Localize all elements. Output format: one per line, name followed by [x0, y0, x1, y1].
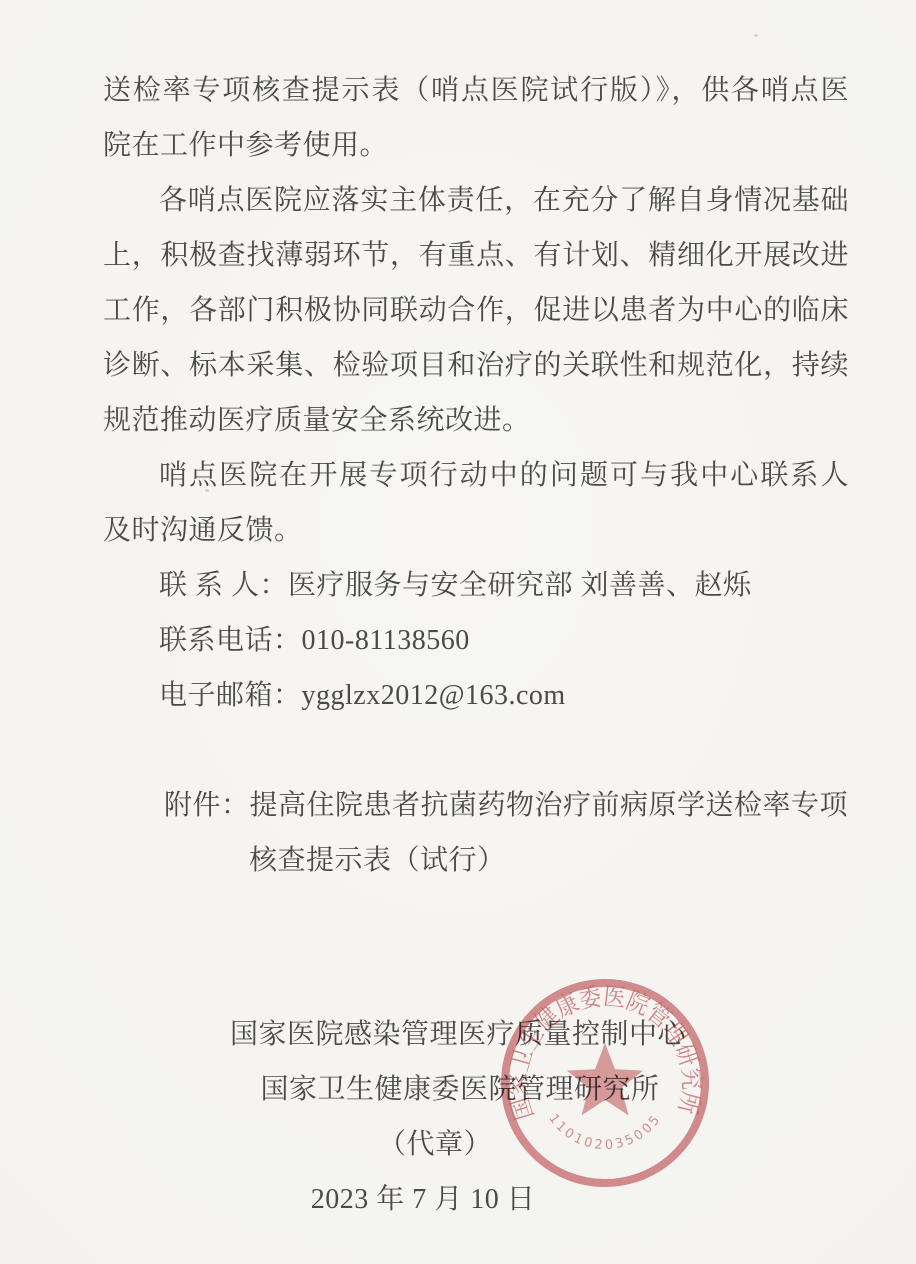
document-page: 送检率专项核查提示表（哨点医院试行版）》，供各哨点医 院在工作中参考使用。 各哨…	[0, 0, 916, 1264]
body-line: 各哨点医院应落实主体责任，在充分了解自身情况基础	[103, 173, 849, 228]
official-seal: 国家卫生健康委医院管理研究所 1101020350059	[495, 968, 717, 1190]
body-line: 哨点医院在开展专项行动中的问题可与我中心联系人	[103, 448, 849, 503]
contact-person-line: 联 系 人：医疗服务与安全研究部 刘善善、赵烁	[103, 558, 849, 613]
signature-block: 国家医院感染管理医疗质量控制中心 国家卫生健康委医院管理研究所 （代章） 202…	[0, 1007, 916, 1227]
attachment-line-1: 附件：提高住院患者抗菌药物治疗前病原学送检率专项	[103, 778, 849, 833]
body-line: 工作，各部门积极协同联动合作，促进以患者为中心的临床	[103, 283, 849, 338]
scan-speck	[205, 489, 209, 492]
body-line: 院在工作中参考使用。	[103, 118, 849, 173]
body-line: 及时沟通反馈。	[103, 503, 849, 558]
body-line: 上，积极查找薄弱环节，有重点、有计划、精细化开展改进	[103, 228, 849, 283]
attachment-line-2: 核查提示表（试行）	[103, 833, 849, 888]
scan-speck	[754, 34, 758, 37]
body-line: 送检率专项核查提示表（哨点医院试行版）》，供各哨点医	[103, 63, 849, 118]
blank-line	[103, 723, 849, 778]
contact-phone-line: 联系电话：010-81138560	[103, 613, 849, 668]
contact-email-line: 电子邮箱：ygglzx2012@163.com	[103, 668, 849, 723]
star-icon	[567, 1043, 643, 1115]
document-body: 送检率专项核查提示表（哨点医院试行版）》，供各哨点医 院在工作中参考使用。 各哨…	[103, 63, 849, 888]
body-line: 诊断、标本采集、检验项目和治疗的关联性和规范化，持续	[103, 338, 849, 393]
body-line: 规范推动医疗质量安全系统改进。	[103, 393, 849, 448]
